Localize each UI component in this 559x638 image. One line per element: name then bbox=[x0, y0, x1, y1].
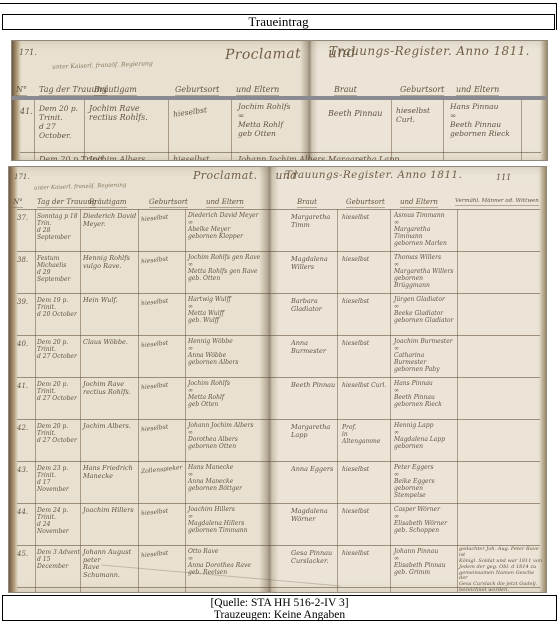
row42-bride_parents: Hennig Lapp ∞ Magdalena Lapp gebornen bbox=[394, 422, 456, 450]
row42-groom_parents: Johann Jochim Albers ∞ Dorothea Albers g… bbox=[188, 422, 264, 450]
row40-groom: Claus Wöbbe. bbox=[83, 339, 137, 347]
row43-groom: Hans Friedrich Manecke bbox=[83, 465, 137, 480]
row45-groom_origin: hieselbst bbox=[141, 548, 185, 560]
column-header: Bräutigam bbox=[89, 198, 127, 208]
row40-bride_origin: hieselbst bbox=[342, 340, 388, 347]
row38-groom_parents: Jochim Rohlfs gen Rave ∞ Metta Rohlfs ge… bbox=[188, 254, 264, 282]
heading-register: Trauungs-Register. Anno 1811. bbox=[329, 44, 530, 58]
column-line bbox=[185, 209, 186, 593]
row40-date: Dem 20 p. Trinit. d 27 October bbox=[37, 339, 81, 360]
entry41-groom: Jochim Rave rectius Rohlfs. bbox=[89, 104, 169, 123]
column-line bbox=[390, 209, 391, 593]
row38-groom_origin: hieselbst bbox=[141, 254, 185, 266]
row39-date: Dem 19 p. Trinit. d 20 October bbox=[37, 297, 81, 318]
row42-bride: Margaretha Lapp bbox=[291, 424, 339, 439]
book-spine-edge bbox=[12, 41, 21, 160]
regime-note: unter Kaiserl. franzöſ. Regierung bbox=[34, 182, 127, 192]
witnesses-line: Trauzeugen: Keine Angaben bbox=[3, 609, 556, 621]
row38-bride: Magdalena Willers bbox=[291, 256, 339, 271]
column-line bbox=[35, 209, 36, 593]
column-header: und Eltern bbox=[456, 85, 499, 96]
row44-groom_parents: Joachim Hillers ∞ Magdalena Hillers gebo… bbox=[188, 506, 264, 534]
column-header: Vermähl. Männer od. Wittwen bbox=[455, 198, 539, 206]
row45-bride_origin: hieselbst bbox=[342, 550, 388, 557]
row43-bride: Anna Eggers bbox=[291, 466, 339, 474]
row37-bride_parents: Asmus Timmann ∞ Margaretha Timmann gebor… bbox=[394, 212, 456, 247]
entry41-date: Dem 20 p. Trinit. d 27 October. bbox=[39, 105, 87, 140]
row44-nr: 44. bbox=[17, 508, 35, 516]
row-line bbox=[17, 419, 540, 420]
row41-bride: Beeth Pinnau bbox=[291, 382, 339, 390]
register-page-scan[interactable]: 171. unter Kaiserl. franzöſ. Regierung P… bbox=[8, 166, 547, 593]
row38-bride_parents: Thomas Willers ∞ Margaretha Willers gebo… bbox=[394, 254, 456, 289]
row42-date: Dem 20 p. Trinit. d 27 October bbox=[37, 423, 81, 444]
row45-bride: Gesa Pinnau Curslacker. bbox=[291, 550, 339, 565]
entry41-bride_parents: Hans Pinnau ∞ Beeth Pinnau gebornen Riec… bbox=[450, 103, 522, 138]
row39-bride_parents: Jürgen Gladiator ∞ Beeke Gladiator gebor… bbox=[394, 296, 456, 324]
column-header: und Eltern bbox=[400, 198, 438, 208]
row41-groom: Jochim Rave rectius Rohlfs. bbox=[83, 381, 137, 396]
marker-band bbox=[12, 96, 547, 100]
row40-nr: 40. bbox=[17, 340, 35, 348]
row-line bbox=[17, 377, 540, 378]
row-line bbox=[20, 152, 541, 153]
row-line bbox=[17, 251, 540, 252]
row40-groom_parents: Hennig Wöbbe ∞ Anna Wöbbe gebornen Alber… bbox=[188, 338, 264, 366]
column-header: N° bbox=[16, 85, 27, 96]
row-line bbox=[17, 293, 540, 294]
column-header: Braut bbox=[297, 198, 317, 208]
heading-proclamat: Proclamat. und bbox=[193, 170, 298, 183]
sliver-groom_parents: Johann Jochim Albers bbox=[238, 155, 325, 161]
row41-bride_origin: hieselbst Curl. bbox=[342, 382, 388, 389]
row43-groom_parents: Hans Manecke ∞ Anna Manecke gebornen Böt… bbox=[188, 464, 264, 492]
row39-groom_origin: hieselbst bbox=[141, 296, 185, 308]
row41-nr: 41. bbox=[17, 382, 35, 390]
row39-bride_origin: hieselbst bbox=[342, 298, 388, 305]
row37-date: Sonntag p 18 Trin. d 28 September bbox=[37, 213, 81, 241]
row37-groom: Diederich David Meyer. bbox=[83, 213, 137, 228]
page-right-edge bbox=[540, 41, 547, 160]
source-citation-box: [Quelle: STA HH 516-2-IV 3] Trauzeugen: … bbox=[2, 595, 557, 621]
row42-groom_origin: hieselbst bbox=[141, 422, 185, 434]
column-header: Geburtsort bbox=[400, 85, 444, 96]
row44-groom_origin: hieselbst bbox=[141, 506, 185, 518]
row45-date: Dem 3 Advent d 15 December bbox=[37, 549, 81, 570]
entry41-nr: 41. bbox=[20, 107, 38, 116]
column-line bbox=[138, 209, 139, 593]
row39-nr: 39. bbox=[17, 298, 35, 306]
row40-bride: Anna Burmester bbox=[291, 340, 339, 355]
row45-groom: Johann August peter Rave Schumann. bbox=[83, 549, 137, 580]
row39-bride: Barbara Gladiator bbox=[291, 298, 339, 313]
row42-groom: Jochim Albers. bbox=[83, 423, 137, 431]
row40-groom_origin: hieselbst bbox=[141, 338, 185, 350]
folio-number-right: 111 bbox=[496, 173, 511, 182]
book-spine-edge bbox=[9, 167, 18, 592]
page-title: Traueintrag bbox=[248, 14, 308, 30]
column-header: Tag der Trauung bbox=[37, 198, 96, 208]
row41-groom_parents: Jochim Rohlfs ∞ Metta Rohlf geb Otten bbox=[188, 380, 264, 408]
row37-groom_origin: hieselbst bbox=[141, 212, 185, 224]
marriage-entry-detail-scan[interactable]: 171. unter Kaiserl. franzöſ. Regierung P… bbox=[11, 40, 548, 161]
row-line bbox=[17, 503, 540, 504]
sliver-groom_origin: hieselbst bbox=[173, 155, 209, 161]
sliver-groom: Jochim Albers bbox=[89, 155, 145, 161]
row37-nr: 37. bbox=[17, 214, 35, 222]
column-header: und Eltern bbox=[206, 198, 244, 208]
regime-note: unter Kaiserl. franzöſ. Regierung bbox=[52, 60, 153, 71]
column-header: Geburtsort bbox=[346, 198, 385, 208]
entry41-groom_parents: Jochim Rohlfs ∞ Metta Rohlf geb Otten bbox=[238, 103, 302, 138]
header-line bbox=[17, 209, 540, 210]
row41-date: Dem 20 p. Trinit. d 27 October bbox=[37, 381, 81, 402]
page-right-edge bbox=[539, 167, 546, 592]
row44-bride_parents: Casper Wörner ∞ Elisabeth Wörner geb. Sc… bbox=[394, 506, 456, 534]
row39-groom: Hein Wulf. bbox=[83, 297, 137, 305]
column-header: N° bbox=[13, 198, 23, 208]
row45-groom_parents: Otto Rave ∞ Anna Dorothea Rave geb. Reel… bbox=[188, 548, 264, 576]
row44-bride: Magdalena Wörner bbox=[291, 508, 339, 523]
row40-bride_parents: Joachim Burmester ∞ Catharina Burmester … bbox=[394, 338, 456, 373]
row45-bride_parents: Johann Pinnau ∞ Elisabeth Pinnau geb. Gr… bbox=[394, 548, 456, 576]
row42-nr: 42. bbox=[17, 424, 35, 432]
row37-bride: Margaretha Timm bbox=[291, 214, 339, 229]
column-header: Braut bbox=[334, 85, 357, 96]
column-header: Geburtsort bbox=[149, 198, 188, 208]
row44-bride_origin: hieselbst bbox=[342, 508, 388, 515]
source-line: [Quelle: STA HH 516-2-IV 3] bbox=[3, 597, 556, 609]
row39-groom_parents: Hartwig Wulff ∞ Metta Wulff geb. Wulff bbox=[188, 296, 264, 324]
row45-nr: 45. bbox=[17, 550, 35, 558]
row43-bride_parents: Peter Eggers ∞ Beike Eggers gebornen Ste… bbox=[394, 464, 456, 499]
row-line bbox=[17, 461, 540, 462]
title-bar: Traueintrag bbox=[2, 14, 555, 30]
row-line bbox=[17, 335, 540, 336]
marriage-record-page: Traueintrag 171. unter Kaiserl. franzöſ.… bbox=[0, 0, 559, 638]
row41-bride_parents: Hans Pinnau ∞ Beeth Pinnau gebornen Riec… bbox=[394, 380, 456, 408]
row43-date: Dem 23 p. Trinit. d 17 November bbox=[37, 465, 81, 493]
row41-groom_origin: hieselbst bbox=[141, 380, 185, 392]
column-line bbox=[457, 209, 458, 593]
entry41-bride_origin: hieselbst Curl. bbox=[396, 107, 446, 125]
row38-nr: 38. bbox=[17, 256, 35, 264]
row43-nr: 43. bbox=[17, 466, 35, 474]
row38-groom: Hennig Rohlfs vulgo Rave. bbox=[83, 255, 137, 270]
folio-number-left: 171. bbox=[14, 173, 30, 181]
row38-date: Festum Michaelis d 29 September bbox=[37, 255, 81, 283]
column-header: und Eltern bbox=[236, 85, 279, 96]
row38-bride_origin: hieselbst bbox=[342, 256, 388, 263]
row43-bride_origin: hieselbst bbox=[342, 466, 388, 473]
row44-date: Dem 24 p. Trinit. d 24 November bbox=[37, 507, 81, 535]
folio-number: 171. bbox=[19, 48, 37, 57]
row37-bride_origin: hieselbst bbox=[342, 214, 388, 221]
column-header: Geburtsort bbox=[175, 85, 219, 96]
row45-note: gedachter Joh. Aug. Peter Rave ist König… bbox=[459, 547, 543, 593]
row37-groom_parents: Diederich David Meyer ∞ Abelke Meyer geb… bbox=[188, 212, 264, 240]
entry41-groom_origin: hieselbst bbox=[173, 103, 230, 120]
heading-register: Trauungs-Register. Anno 1811. bbox=[285, 169, 462, 181]
entry41-bride: Beeth Pinnau bbox=[328, 109, 392, 118]
row44-groom: Joachim Hillers bbox=[83, 507, 137, 515]
row42-bride_origin: Prof. in Altengamme bbox=[342, 424, 388, 445]
sliver-bride: Margaretha Lapp bbox=[328, 155, 399, 161]
column-header: Bräutigam bbox=[94, 85, 137, 96]
row43-groom_origin: Zollenspieker bbox=[141, 464, 185, 476]
